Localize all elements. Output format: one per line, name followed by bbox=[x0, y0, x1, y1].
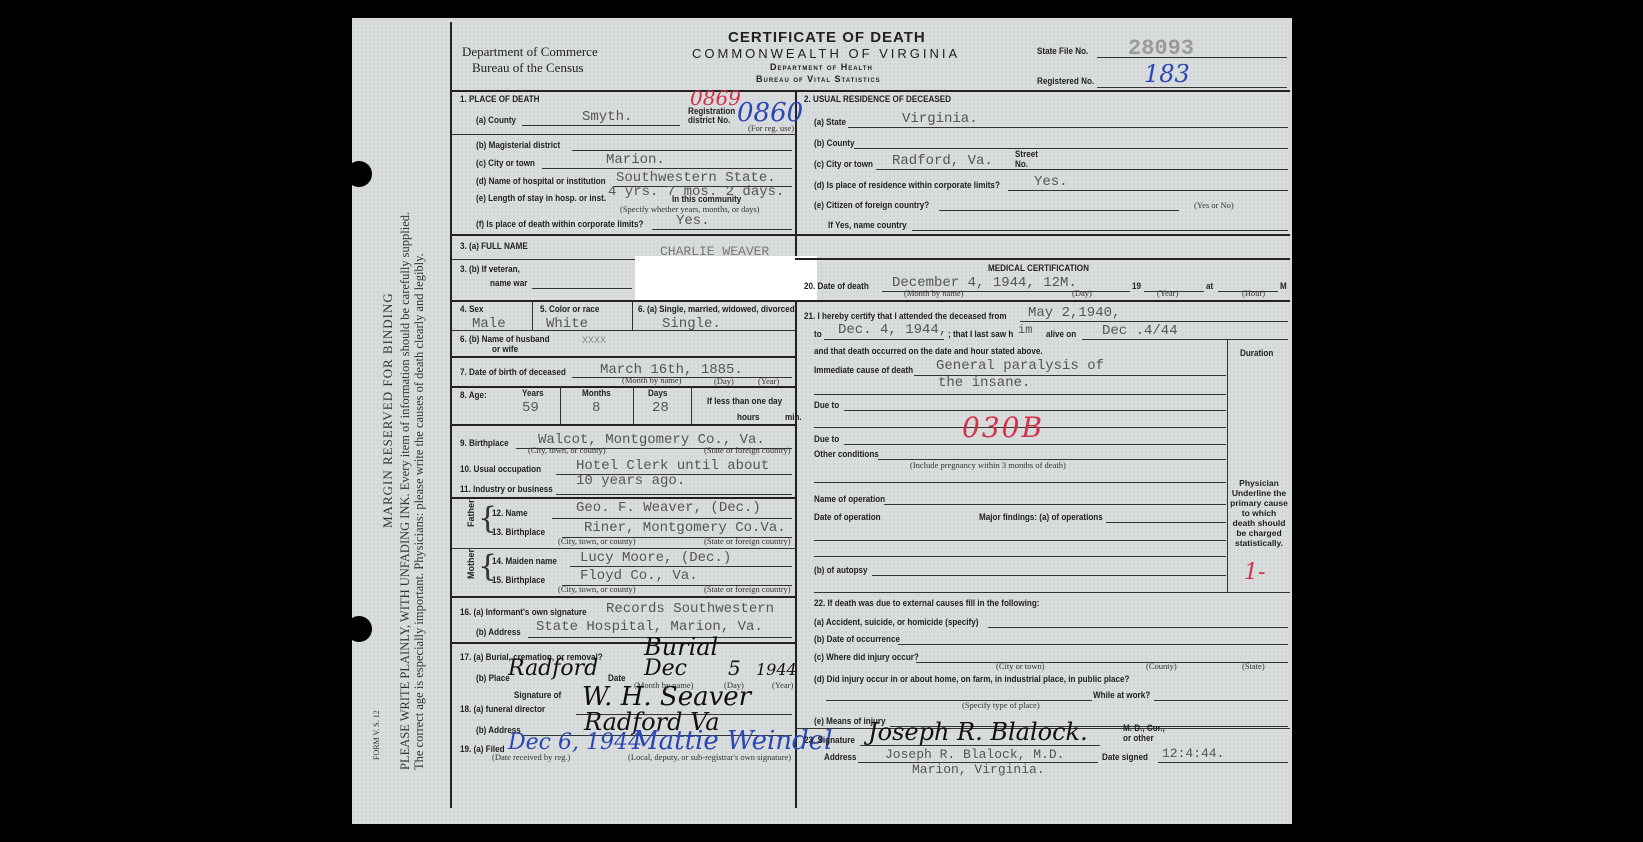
res-corporate-line bbox=[1008, 190, 1288, 191]
mother-birthplace-label: 15. Birthplace bbox=[492, 575, 545, 585]
stay-label: (e) Length of stay in hosp. or inst. bbox=[476, 193, 606, 203]
address-line-2: Marion, Virginia. bbox=[912, 762, 1045, 777]
certify-label: 21. I hereby certify that I attended the… bbox=[804, 311, 1007, 321]
section-divider bbox=[452, 234, 1290, 236]
redacted-block bbox=[635, 256, 817, 302]
autopsy-label: (b) of autopsy bbox=[814, 565, 868, 575]
director-label-1: Signature of bbox=[514, 690, 561, 700]
corporate-line bbox=[652, 229, 792, 230]
due-to-2-label: Due to bbox=[814, 434, 839, 444]
divider bbox=[452, 330, 795, 331]
divider bbox=[532, 300, 533, 330]
binding-hole-bottom bbox=[346, 616, 372, 642]
community-label: In this community bbox=[672, 194, 741, 204]
res-corporate-value: Yes. bbox=[1034, 174, 1068, 190]
res-city-line bbox=[876, 169, 1288, 170]
bureau-vital-statistics: Bureau of Vital Statistics bbox=[756, 74, 881, 84]
divider bbox=[452, 300, 795, 302]
state-file-label: State File No. bbox=[1037, 46, 1088, 56]
last-saw-pronoun: im bbox=[1018, 323, 1032, 337]
divider bbox=[795, 258, 1290, 260]
divider bbox=[814, 592, 1290, 593]
father-city-hint: (City, town, or county) bbox=[558, 536, 636, 546]
spouse-value: XXXX bbox=[582, 336, 606, 347]
operation-label: Name of operation bbox=[814, 494, 885, 504]
attended-to: Dec. 4, 1944, bbox=[838, 322, 947, 338]
findings-line bbox=[1106, 522, 1226, 523]
informant-value: Records Southwestern bbox=[606, 601, 774, 617]
divider bbox=[452, 134, 795, 135]
external-county-hint: (County) bbox=[1146, 661, 1177, 671]
city-line bbox=[542, 168, 792, 169]
burial-date-year: 1944 bbox=[756, 660, 797, 679]
reg-district-red: 0869 bbox=[690, 86, 741, 110]
external-city-hint: (City or town) bbox=[996, 661, 1045, 671]
certificate-form: Department of Commerce Bureau of the Cen… bbox=[450, 22, 1290, 808]
reg-district-label-2: district No. bbox=[688, 115, 730, 125]
death-date-label: 20. Date of death bbox=[804, 281, 869, 291]
cause-line-1: General paralysis of bbox=[936, 358, 1104, 374]
at-label: at bbox=[1206, 281, 1213, 291]
mother-city-hint: (City, town, or county) bbox=[558, 584, 636, 594]
date-signed-line bbox=[1158, 762, 1288, 763]
occupation-value-1: Hotel Clerk until about bbox=[576, 458, 769, 474]
place-of-death-heading: 1. PLACE OF DEATH bbox=[460, 94, 540, 104]
certify-to-line bbox=[824, 339, 944, 340]
father-birthplace-value: Riner, Montgomery Co.Va. bbox=[584, 520, 786, 536]
dept-commerce: Department of Commerce bbox=[462, 44, 598, 60]
signature-title-1: M. D., Cor., bbox=[1123, 723, 1165, 733]
county-value: Smyth. bbox=[582, 109, 632, 125]
department-health: Department of Health bbox=[770, 62, 873, 72]
death-year-label: 19 bbox=[1132, 281, 1141, 291]
findings-label: Major findings: (a) of operations bbox=[979, 512, 1103, 522]
burial-place-label: (b) Place bbox=[476, 673, 510, 683]
birthplace-label: 9. Birthplace bbox=[460, 438, 509, 448]
duration-label: Duration bbox=[1240, 348, 1273, 358]
due-to-1-label: Due to bbox=[814, 400, 839, 410]
county-line bbox=[522, 125, 680, 126]
place-type-hint: (Specify type of place) bbox=[962, 700, 1040, 710]
industry-line bbox=[556, 494, 792, 495]
instruction-line-2: The correct age is especially important.… bbox=[412, 253, 427, 770]
hours-label: hours bbox=[737, 412, 760, 422]
years-label: Years bbox=[522, 388, 544, 398]
burial-date-day: 5 bbox=[728, 656, 741, 680]
date-signed-value: 12:4:44. bbox=[1162, 746, 1224, 761]
external-b-line bbox=[898, 644, 1288, 645]
alive-on-label: alive on bbox=[1046, 329, 1076, 339]
burial-date-month: Dec bbox=[644, 656, 687, 681]
sex-label: 4. Sex bbox=[460, 304, 483, 314]
death-year-hint: (Year) bbox=[1157, 288, 1178, 298]
magisterial-line bbox=[572, 150, 792, 151]
hour-hint: (Hour) bbox=[1242, 288, 1265, 298]
due-to-2-line bbox=[844, 444, 1226, 445]
mother-name-label: 14. Maiden name bbox=[492, 556, 557, 566]
registered-line bbox=[1097, 87, 1287, 88]
external-heading: 22. If death was due to external causes … bbox=[814, 598, 1040, 608]
min-label: min. bbox=[785, 412, 802, 422]
signature-label: 23. Signature bbox=[804, 735, 855, 745]
medical-heading: MEDICAL CERTIFICATION bbox=[988, 263, 1089, 273]
physician-mark: 1- bbox=[1244, 560, 1265, 585]
war-line bbox=[532, 288, 632, 289]
veteran-label: 3. (b) If veteran, bbox=[460, 264, 520, 274]
bureau-census: Bureau of the Census bbox=[472, 60, 584, 76]
divider bbox=[560, 386, 561, 424]
age-label: 8. Age: bbox=[460, 390, 487, 400]
corporate-value: Yes. bbox=[676, 213, 710, 229]
res-corporate-label: (d) Is place of residence within corpora… bbox=[814, 180, 1000, 190]
center-divider bbox=[795, 90, 797, 808]
external-c-label: (c) Where did injury occur? bbox=[814, 652, 919, 662]
birthplace-state-hint: (State or foreign country) bbox=[704, 445, 791, 455]
mother-name-line bbox=[570, 566, 792, 567]
occupation-label: 10. Usual occupation bbox=[460, 464, 541, 474]
other-conditions-hint: (Include pregnancy within 3 months of de… bbox=[910, 460, 1066, 470]
birthplace-city-hint: (City, town, or county) bbox=[528, 445, 606, 455]
header-divider bbox=[452, 90, 1290, 92]
occupation-value-2: 10 years ago. bbox=[576, 473, 685, 489]
days-label: Days bbox=[648, 388, 667, 398]
residence-heading: 2. USUAL RESIDENCE OF DECEASED bbox=[804, 94, 951, 104]
certify-from-line bbox=[1020, 321, 1288, 322]
burial-place-value: Radford bbox=[508, 656, 598, 681]
citizen-label: (e) Citizen of foreign country? bbox=[814, 200, 929, 210]
external-d-line bbox=[826, 700, 1092, 701]
father-name-value: Geo. F. Weaver, (Dec.) bbox=[576, 500, 761, 516]
statement: and that death occurred on the date and … bbox=[814, 346, 1043, 356]
burial-year-hint: (Year) bbox=[772, 680, 793, 690]
operation-date-label: Date of operation bbox=[814, 512, 881, 522]
industry-label: 11. Industry or business bbox=[460, 484, 553, 494]
director-label-2: 18. (a) funeral director bbox=[460, 704, 545, 714]
street-label-1: Street bbox=[1015, 149, 1038, 159]
citizen-line bbox=[939, 210, 1179, 211]
divider bbox=[452, 596, 795, 598]
form-number: FORM V. S. 12 bbox=[372, 710, 381, 760]
divider bbox=[452, 424, 795, 426]
divider bbox=[452, 548, 795, 549]
alive-line bbox=[1082, 339, 1288, 340]
hospital-label: (d) Name of hospital or institution bbox=[476, 176, 606, 186]
father-side-label: Father bbox=[466, 499, 476, 527]
alive-value: Dec .4/44 bbox=[1102, 323, 1178, 339]
certificate-title: CERTIFICATE OF DEATH bbox=[728, 29, 926, 46]
father-name-line bbox=[552, 518, 792, 519]
years-value: 59 bbox=[522, 400, 539, 416]
immediate-cause-label: Immediate cause of death bbox=[814, 365, 913, 375]
divider bbox=[452, 386, 795, 388]
cause-line-2-rule bbox=[814, 394, 1226, 395]
country-line bbox=[912, 230, 1288, 231]
less-than-day-label: If less than one day bbox=[707, 396, 782, 406]
divider bbox=[814, 556, 1226, 557]
res-city-label: (c) City or town bbox=[814, 159, 873, 169]
res-city-value: Radford, Va. bbox=[892, 153, 993, 169]
divider bbox=[691, 386, 692, 424]
dob-month-hint: (Month by name) bbox=[622, 375, 682, 385]
dob-label: 7. Date of birth of deceased bbox=[460, 367, 566, 377]
duration-column-divider bbox=[1227, 340, 1228, 592]
filed-hint: (Date received by reg.) bbox=[492, 752, 570, 762]
external-a-label: (a) Accident, suicide, or homicide (spec… bbox=[814, 617, 978, 627]
divider bbox=[633, 386, 634, 424]
physician-signature: Joseph R. Blalock. bbox=[868, 718, 1088, 746]
days-value: 28 bbox=[652, 400, 669, 416]
divider bbox=[452, 497, 795, 499]
autopsy-line bbox=[872, 575, 1226, 576]
operation-line bbox=[884, 504, 1226, 505]
res-state-line bbox=[848, 127, 1288, 128]
cause-line-2: the insane. bbox=[938, 375, 1030, 391]
spouse-label-1: 6. (b) Name of husband bbox=[460, 334, 550, 344]
registered-value: 183 bbox=[1144, 60, 1190, 88]
external-a-line bbox=[988, 627, 1288, 628]
external-state-hint: (State) bbox=[1242, 661, 1265, 671]
address-line-1: Joseph R. Blalock, M.D. bbox=[885, 747, 1064, 762]
corporate-limits-label: (f) Is place of death within corporate l… bbox=[476, 219, 643, 229]
registrar-hint: (Local, deputy, or sub-registrar's own s… bbox=[628, 752, 791, 762]
res-state-value: Virginia. bbox=[902, 111, 978, 127]
dob-day-hint: (Day) bbox=[714, 376, 734, 386]
divider bbox=[814, 540, 1226, 541]
mother-birthplace-value: Floyd Co., Va. bbox=[580, 568, 698, 584]
magisterial-label: (b) Magisterial district bbox=[476, 140, 560, 150]
binding-note: MARGIN RESERVED FOR BINDING bbox=[380, 292, 396, 528]
divider bbox=[452, 642, 795, 644]
last-saw-label: ; that I last saw h bbox=[948, 329, 1013, 339]
while-at-work-label: While at work? bbox=[1093, 690, 1150, 700]
informant-label: 16. (a) Informant's own signature bbox=[460, 607, 587, 617]
instruction-line-1: PLEASE WRITE PLAINLY, WITH UNFADING INK.… bbox=[398, 212, 413, 770]
external-c-line bbox=[916, 662, 1288, 663]
external-d-label: (d) Did injury occur in or about home, o… bbox=[814, 674, 1129, 684]
months-label: Months bbox=[582, 388, 611, 398]
res-state-label: (a) State bbox=[814, 117, 846, 127]
mother-side-label: Mother bbox=[466, 549, 476, 579]
state-file-value: 28093 bbox=[1128, 36, 1194, 61]
death-day-hint: (Day) bbox=[1072, 288, 1092, 298]
registered-label: Registered No. bbox=[1037, 76, 1094, 86]
physician-note: Physician Underline the primary cause to… bbox=[1230, 478, 1288, 548]
death-month-hint: (Month by name) bbox=[904, 288, 964, 298]
country-label: If Yes, name country bbox=[828, 220, 907, 230]
dob-year-hint: (Year) bbox=[758, 376, 779, 386]
divider bbox=[814, 482, 1226, 483]
informant-address-label: (b) Address bbox=[476, 627, 521, 637]
res-county-label: (b) County bbox=[814, 138, 855, 148]
war-label: name war bbox=[490, 278, 527, 288]
mother-state-hint: (State or foreign country) bbox=[704, 584, 791, 594]
hour-label: M bbox=[1280, 281, 1287, 291]
city-label: (c) City or town bbox=[476, 158, 535, 168]
county-label: (a) County bbox=[476, 115, 516, 125]
divider bbox=[795, 300, 1290, 302]
external-b-label: (b) Date of occurrence bbox=[814, 634, 900, 644]
citizen-hint: (Yes or No) bbox=[1194, 200, 1234, 210]
father-name-label: 12. Name bbox=[492, 508, 528, 518]
father-birthplace-label: 13. Birthplace bbox=[492, 527, 545, 537]
signature-title-2: or other bbox=[1123, 733, 1154, 743]
res-county-line bbox=[854, 148, 1288, 149]
months-value: 8 bbox=[592, 400, 600, 416]
date-signed-label: Date signed bbox=[1102, 752, 1148, 762]
to-label: to bbox=[814, 329, 822, 339]
spouse-label-2: or wife bbox=[492, 344, 518, 354]
city-value: Marion. bbox=[606, 152, 665, 168]
commonwealth-title: COMMONWEALTH OF VIRGINIA bbox=[692, 46, 960, 61]
full-name-label: 3. (a) FULL NAME bbox=[460, 241, 528, 251]
cause-code: 030B bbox=[962, 411, 1044, 444]
divider bbox=[452, 356, 795, 358]
attended-from: May 2,1940, bbox=[1028, 305, 1120, 321]
other-conditions-label: Other conditions bbox=[814, 449, 879, 459]
father-state-hint: (State or foreign country) bbox=[704, 536, 791, 546]
mother-name-value: Lucy Moore, (Dec.) bbox=[580, 550, 731, 566]
marital-label: 6. (a) Single, married, widowed, divorce… bbox=[638, 304, 797, 314]
reg-use-hint: (For reg. use) bbox=[748, 123, 794, 133]
binding-hole-top bbox=[346, 161, 372, 187]
divider bbox=[632, 300, 633, 330]
race-label: 5. Color or race bbox=[540, 304, 599, 314]
address-label: Address bbox=[824, 752, 856, 762]
street-label-2: No. bbox=[1015, 159, 1028, 169]
work-line bbox=[1154, 700, 1288, 701]
